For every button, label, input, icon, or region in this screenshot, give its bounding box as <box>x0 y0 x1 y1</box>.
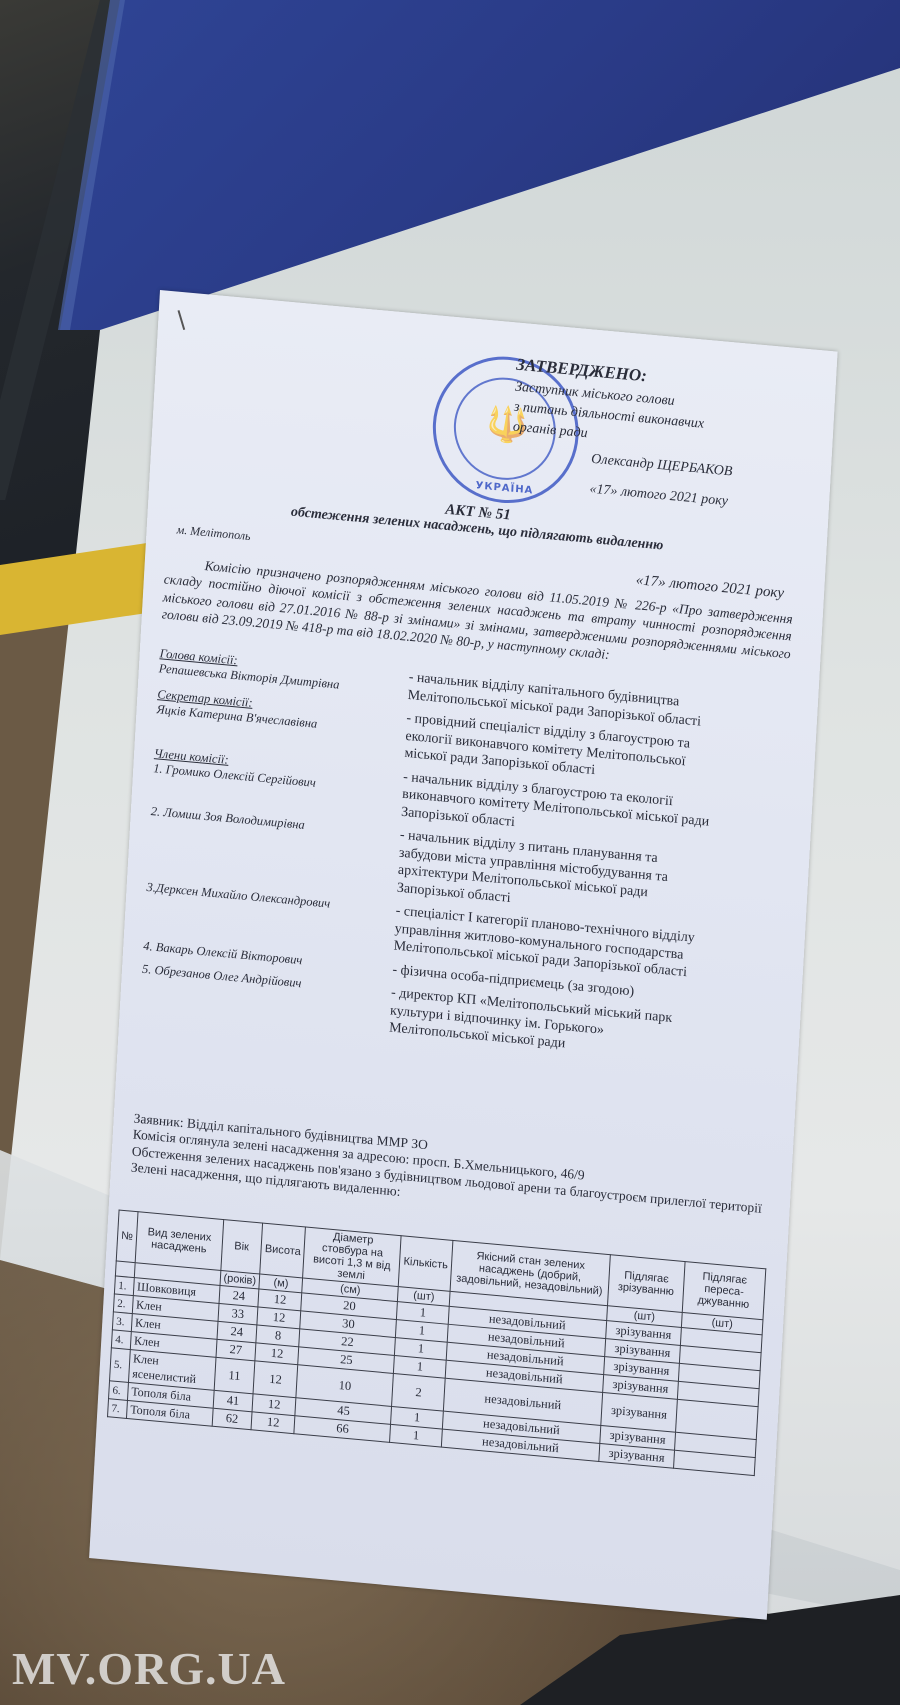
cell-no: 1. <box>114 1276 134 1296</box>
header-height: Висота <box>260 1223 306 1278</box>
cell-age: 11 <box>214 1357 255 1394</box>
staple-mark <box>178 310 186 330</box>
header-age: Вік <box>220 1220 262 1275</box>
header-species: Вид зелених насаджень <box>135 1212 223 1271</box>
cell-no: 4. <box>111 1330 131 1350</box>
cell-no: 3. <box>112 1312 132 1332</box>
cell-count: 2 <box>392 1374 445 1412</box>
unit-no <box>115 1261 135 1278</box>
cell-height: 12 <box>253 1361 298 1398</box>
header-count: Кількість <box>399 1236 453 1292</box>
cell-age: 62 <box>212 1408 253 1430</box>
cell-no: 5. <box>110 1348 131 1383</box>
document-sheet: 🔱 УКРАЇНА ЗАТВЕРДЖЕНО: Заступник міськог… <box>89 290 838 1620</box>
trees-table: № Вид зелених насаджень Вік Висота Діаме… <box>107 1209 766 1476</box>
approval-block: ЗАТВЕРДЖЕНО: Заступник міського голови з… <box>509 353 816 520</box>
cell-count: 1 <box>390 1424 442 1447</box>
cell-no: 7. <box>108 1399 128 1419</box>
act-city: м. Мелітополь <box>176 522 251 544</box>
header-diameter: Діаметр стовбура на висоті 1,3 м від зем… <box>303 1227 402 1287</box>
cell-no: 2. <box>113 1294 133 1314</box>
request-block: Заявник: Відділ капітального будівництва… <box>130 1111 771 1235</box>
site-watermark: MV.ORG.UA <box>12 1642 286 1695</box>
header-cut: Підлягає зрізуванню <box>607 1255 685 1313</box>
header-transplant: Підлягає переса-джуванню <box>682 1262 765 1320</box>
cell-no: 6. <box>109 1381 129 1401</box>
cell-height: 12 <box>251 1412 295 1434</box>
commission-list: Голова комісії:Репашевська Вікторія Дмит… <box>139 646 798 1078</box>
